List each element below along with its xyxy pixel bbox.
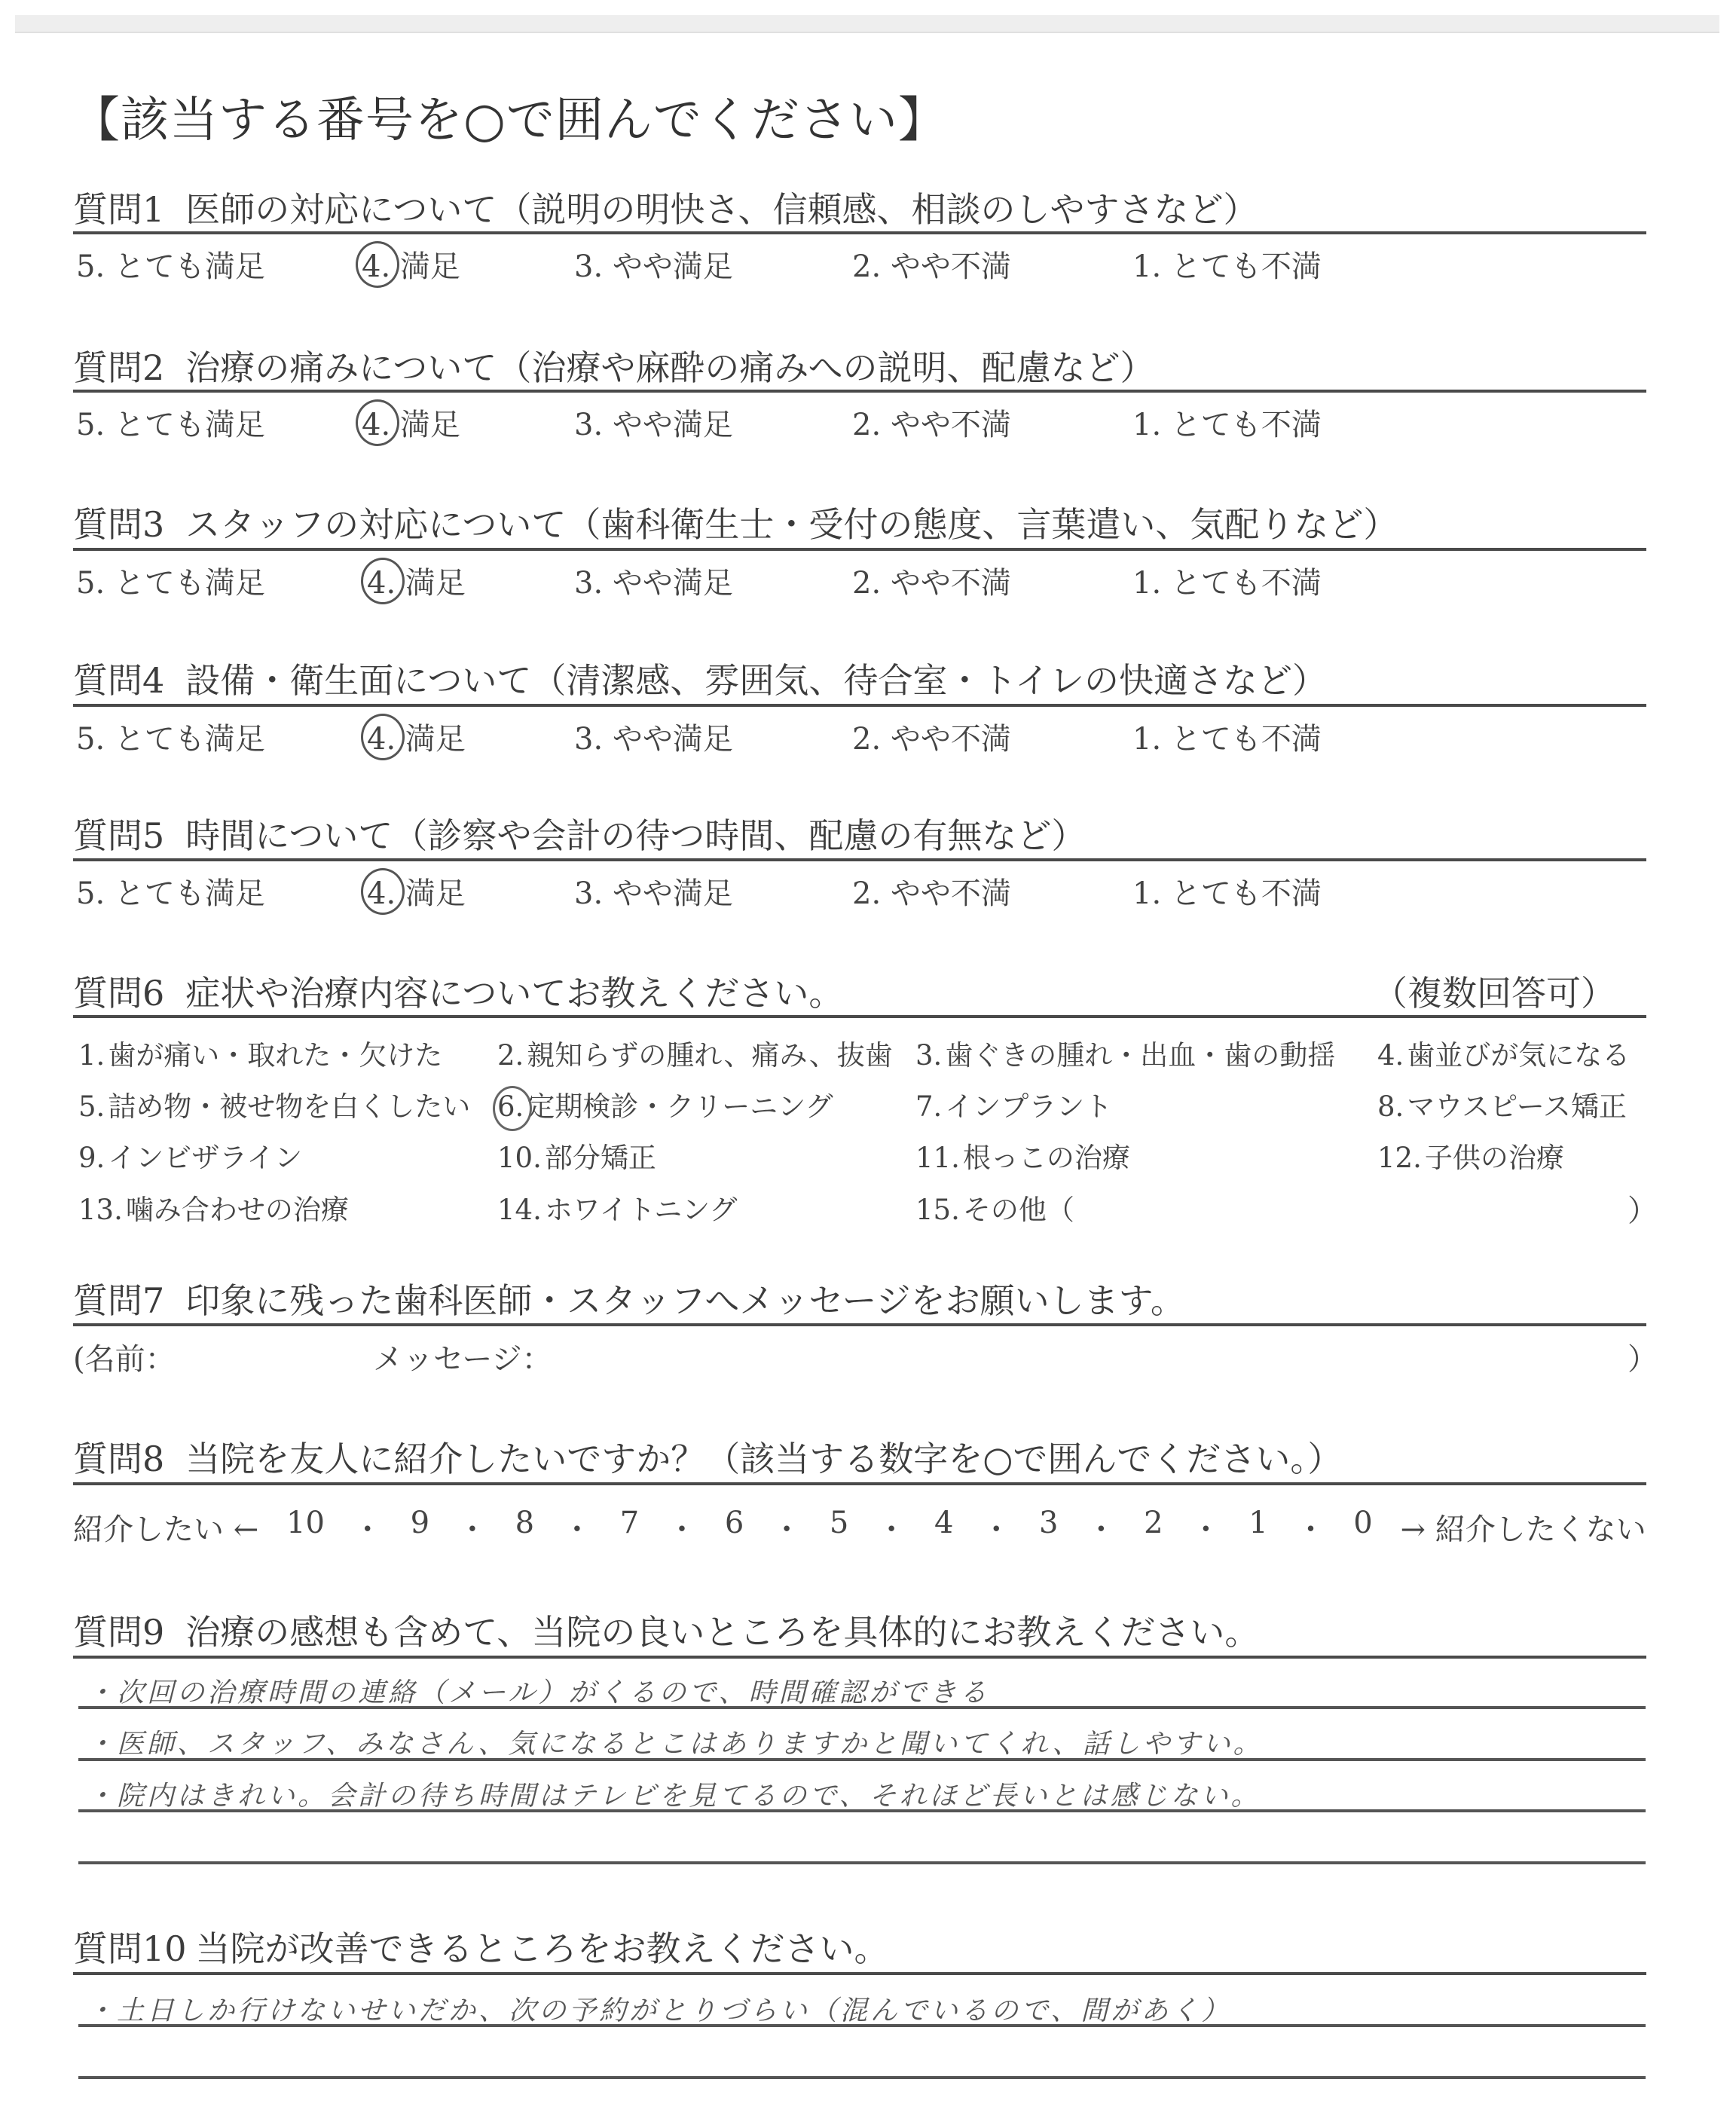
selected-circle-mark: 6. [497,1090,524,1123]
question-header: 質問2治療の痛みについて（治療や麻酔の痛みへの説明、配慮など） [73,341,1154,390]
symptom-option-11[interactable]: 11.根っこの治療 [915,1135,1130,1176]
answer-line [78,2024,1646,2027]
symptom-option-1[interactable]: 1.歯が痛い・取れた・欠けた [78,1032,442,1073]
rating-option-4-selected[interactable]: 4. 満足 [367,559,466,602]
scale-value-2[interactable]: 2 [1144,1506,1163,1549]
scale-value-5[interactable]: 5 [830,1506,848,1549]
symptom-option-5[interactable]: 5.詰め物・被せ物を白くしたい [78,1084,470,1124]
symptom-option-2[interactable]: 2.親知らずの腫れ、痛み、抜歯 [497,1032,893,1073]
answer-line [78,1861,1646,1864]
question-header: 質問9治療の感想も含めて、当院の良いところを具体的にお教えください。 [73,1605,1259,1655]
rating-option-3[interactable]: 3. やや満足 [574,870,733,913]
scale-value-10[interactable]: 10 [286,1506,325,1549]
rating-option-2[interactable]: 2. やや不満 [852,559,1011,602]
rating-option-3[interactable]: 3. やや満足 [574,401,733,444]
handwritten-answer-line[interactable]: ・医師、スタッフ、みなさん、気になるとこはありますかと聞いてくれ、話しやすい。 [87,1723,1263,1761]
scale-value-0[interactable]: 0 [1353,1506,1372,1549]
divider [73,1972,1646,1975]
message-field-label[interactable]: メッセージ： [373,1335,552,1378]
selected-circle-mark: 4. 満足 [367,559,466,602]
divider [73,1656,1646,1659]
scale-value-6[interactable]: 6 [725,1506,744,1549]
scale-left-label: 紹介したい ← [73,1506,258,1549]
scale-value-8[interactable]: 8 [515,1506,534,1549]
symptom-option-14[interactable]: 14.ホワイトニング [497,1187,738,1228]
rating-option-4-selected[interactable]: 4. 満足 [362,243,460,286]
rating-option-1[interactable]: 1. とても不満 [1132,243,1322,286]
scale-value-4[interactable]: 4 [934,1506,953,1549]
symptom-option-7[interactable]: 7.インプラント [915,1084,1112,1124]
symptom-option-8[interactable]: 8.マウスピース矯正 [1377,1084,1627,1124]
symptom-option-12[interactable]: 12.子供の治療 [1377,1135,1564,1176]
scale-value-7[interactable]: 7 [620,1506,639,1549]
rating-option-5[interactable]: 5. とても満足 [76,559,265,602]
question-header: 質問5時間について（診察や会計の待つ時間、配慮の有無など） [73,809,1086,858]
divider [73,548,1646,551]
symptom-option-13[interactable]: 13.噛み合わせの治療 [78,1187,349,1228]
selected-circle-mark: 4. 満足 [362,401,460,444]
divider [73,1482,1646,1485]
symptom-option-9[interactable]: 9.インビザライン [78,1135,302,1176]
scan-top-edge [15,15,1719,33]
message-close-paren: ） [1627,1335,1658,1378]
scale-value-1[interactable]: 1 [1249,1506,1267,1549]
rating-option-4-selected[interactable]: 4. 満足 [367,870,466,913]
question-header: 質問4設備・衛生面について（清潔感、雰囲気、待合室・トイレの快適さなど） [73,653,1327,703]
other-close-paren: ） [1627,1187,1658,1230]
rating-option-3[interactable]: 3. やや満足 [574,715,733,758]
divider [73,390,1646,393]
rating-option-1[interactable]: 1. とても不満 [1132,559,1322,602]
divider [73,1323,1646,1326]
rating-option-4-selected[interactable]: 4. 満足 [362,401,460,444]
answer-line [78,1809,1646,1812]
question-header: 質問6症状や治療内容についてお教えください。 [73,966,843,1016]
divider [73,1015,1646,1018]
rating-option-1[interactable]: 1. とても不満 [1132,870,1322,913]
rating-option-2[interactable]: 2. やや不満 [852,715,1011,758]
answer-line [78,1706,1646,1709]
recommendation-scale: 紹介したい ← 10 ・ 9 ・ 8 ・ 7 ・ 6 ・ 5 ・ 4 ・ 3 ・… [73,1506,1646,1549]
rating-option-1[interactable]: 1. とても不満 [1132,401,1322,444]
page-title: 【該当する番号を○で囲んでください】 [72,81,947,151]
question-header: 質問10当院が改善できるところをお教えください。 [73,1922,889,1971]
rating-option-2[interactable]: 2. やや不満 [852,870,1011,913]
rating-option-2[interactable]: 2. やや不満 [852,401,1011,444]
symptom-option-10[interactable]: 10.部分矯正 [497,1135,656,1176]
rating-option-4-selected[interactable]: 4. 満足 [367,715,466,758]
handwritten-answer-line[interactable]: ・土日しか行けないせいだか、次の予約がとりづらい（混んでいるので、間があく） [87,1989,1231,2028]
handwritten-answer-line[interactable]: ・次回の治療時間の連絡（メール）がくるので、時間確認ができる [87,1671,990,1710]
question-header: 質問7印象に残った歯科医師・スタッフへメッセージをお願いします。 [73,1274,1185,1323]
question-header: 質問1医師の対応について（説明の明快さ、信頼感、相談のしやすさなど） [73,182,1258,232]
multiple-answers-note: （複数回答可） [1373,966,1615,1016]
rating-option-5[interactable]: 5. とても満足 [76,870,265,913]
rating-option-3[interactable]: 3. やや満足 [574,559,733,602]
rating-option-2[interactable]: 2. やや不満 [852,243,1011,286]
handwritten-answer-line[interactable]: ・院内はきれい。会計の待ち時間はテレビを見てるので、それほど長いとは感じない。 [87,1775,1261,1813]
scale-value-3[interactable]: 3 [1039,1506,1058,1549]
rating-option-5[interactable]: 5. とても満足 [76,401,265,444]
question-header: 質問8当院を友人に紹介したいですか？（該当する数字を○で囲んでください。） [73,1432,1342,1482]
rating-option-1[interactable]: 1. とても不満 [1132,715,1322,758]
divider [73,231,1646,234]
question-header: 質問3スタッフの対応について（歯科衛生士・受付の態度、言葉遣い、気配りなど） [73,497,1398,547]
rating-option-5[interactable]: 5. とても満足 [76,715,265,758]
scale-right-label: → 紹介したくない [1401,1506,1646,1549]
symptom-option-6-selected[interactable]: 6.定期検診・クリーニング [497,1084,833,1124]
selected-circle-mark: 4. 満足 [367,715,466,758]
symptom-option-3[interactable]: 3.歯ぐきの腫れ・出血・歯の動揺 [915,1032,1335,1073]
selected-circle-mark: 4. 満足 [367,870,466,913]
answer-line [78,2076,1646,2079]
symptom-option-4[interactable]: 4.歯並びが気になる [1377,1032,1630,1073]
name-field-label[interactable]: (名前： [73,1335,176,1378]
divider [73,704,1646,707]
rating-option-3[interactable]: 3. やや満足 [574,243,733,286]
rating-option-5[interactable]: 5. とても満足 [76,243,265,286]
scale-value-9[interactable]: 9 [411,1506,429,1549]
selected-circle-mark: 4. 満足 [362,243,460,286]
divider [73,858,1646,861]
symptom-option-15-other[interactable]: 15.その他（ [915,1187,1074,1228]
answer-line [78,1758,1646,1761]
